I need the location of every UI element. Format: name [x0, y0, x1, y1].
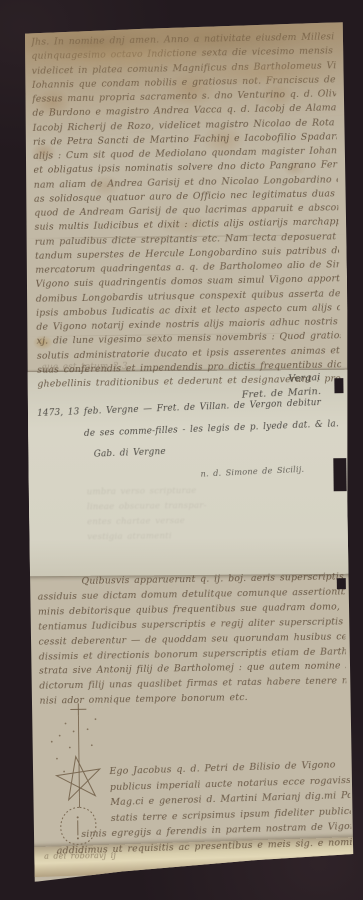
paper-edge-notch: [333, 458, 346, 491]
photo-background: Jhs. In nomine dnj amen. Anno a nativita…: [0, 0, 363, 900]
staff: [78, 715, 79, 797]
parchment-sheet: Jhs. In nomine dnj amen. Anno a nativita…: [23, 22, 354, 882]
text-line: vestigia atramenti: [87, 527, 339, 545]
ink-bleedthrough: umbra verso scripturaelineae obscurae tr…: [87, 482, 340, 545]
archival-date-note: 1473, 13 feb. Vergne — Fret. de Villan. …: [37, 392, 341, 468]
main-latin-text-block: Jhs. In nomine dnj amen. Anno a nativita…: [31, 30, 341, 392]
scatter-dots: [51, 718, 97, 772]
notary-attestation-block: Ego Jacobus q. d. Petri de Bilisio de Vi…: [109, 757, 352, 858]
second-latin-text-block: Quibusvis apparuerunt q. ij. boj. aeris …: [37, 570, 346, 709]
paper-edge-notch: [337, 578, 346, 589]
paper-edge-notch: [334, 378, 343, 393]
attestation-last-line: a dei roboravj ij: [44, 851, 116, 861]
